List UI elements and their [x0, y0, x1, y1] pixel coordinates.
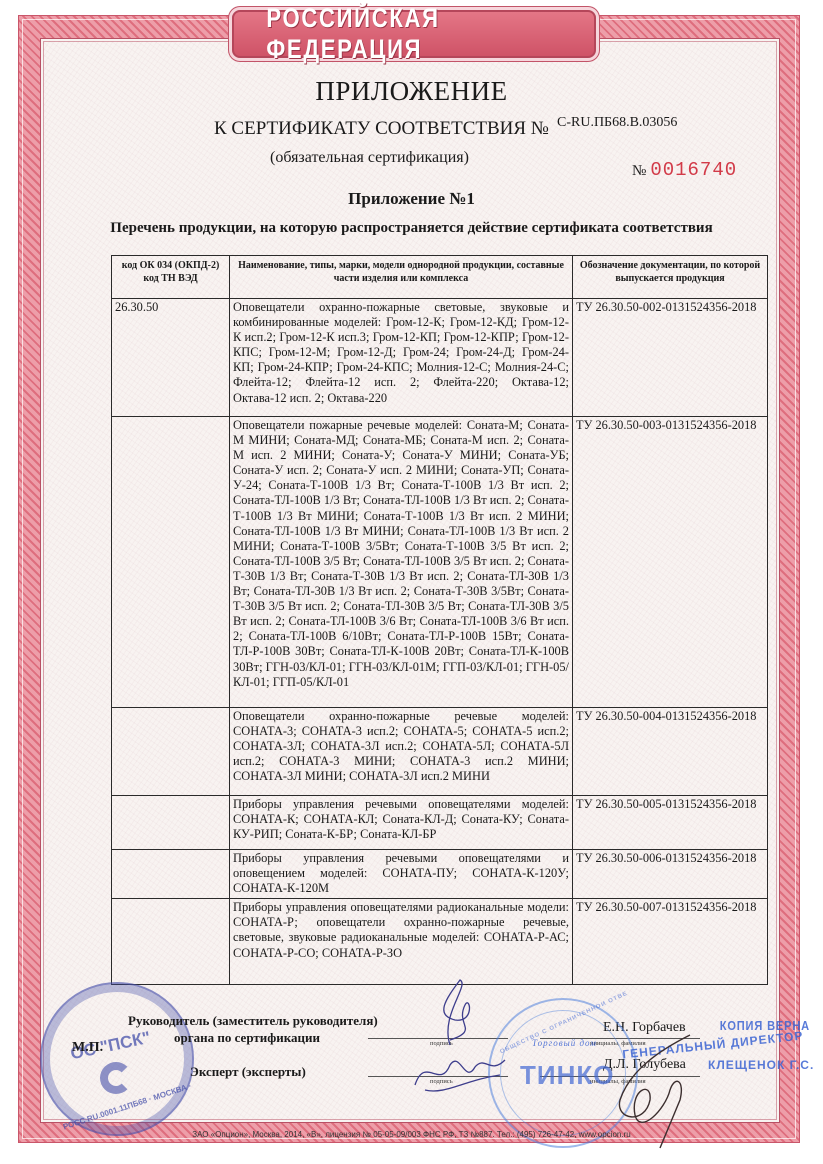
- row-description: Оповещатели пожарные речевые моделей: Со…: [230, 417, 573, 708]
- appendix-subtitle: Перечень продукции, на которую распростр…: [0, 220, 823, 237]
- row-doc: ТУ 26.30.50-004-0131524356-2018: [573, 708, 768, 796]
- row-description: Оповещатели охранно-пожарные световые, з…: [230, 299, 573, 417]
- certificate-number: C-RU.ПБ68.В.03056: [557, 115, 677, 131]
- expert-signature-scribble: [405, 1045, 515, 1105]
- row-doc: ТУ 26.30.50-003-0131524356-2018: [573, 417, 768, 708]
- head-signatory-label-2: органа по сертификации: [174, 1030, 320, 1046]
- country-banner: РОССИЙСКАЯ ФЕДЕРАЦИЯ: [232, 10, 596, 58]
- document-title: ПРИЛОЖЕНИЕ: [0, 76, 823, 107]
- header-name: Наименование, типы, марки, модели одноро…: [230, 256, 573, 299]
- row-code: [112, 417, 230, 708]
- certification-body-stamp: ОС "ПСК" РОСС RU.0001.11ПБ68 · МОСКВА ·: [40, 982, 194, 1136]
- row-code: [112, 796, 230, 850]
- table-row: Оповещатели охранно-пожарные речевые мод…: [112, 708, 768, 796]
- copy-stamp-line-3: КЛЕЩЕНОК Г.С.: [708, 1058, 814, 1072]
- company-stamp-sub: Торговый дом: [532, 1038, 597, 1048]
- table-row: Приборы управления речевыми оповещателям…: [112, 796, 768, 850]
- row-doc: ТУ 26.30.50-006-0131524356-2018: [573, 850, 768, 899]
- row-code: [112, 708, 230, 796]
- row-code: 26.30.50: [112, 299, 230, 417]
- expert-label: Эксперт (эксперты): [190, 1064, 306, 1080]
- row-description: Приборы управления речевыми оповещателям…: [230, 796, 573, 850]
- printer-imprint: ЗАО «Опцион», Москва, 2014, «В», лицензи…: [0, 1130, 823, 1139]
- head-signature-scribble: [420, 975, 490, 1050]
- stamp-logo-icon: [100, 1062, 132, 1094]
- row-doc: ТУ 26.30.50-005-0131524356-2018: [573, 796, 768, 850]
- row-doc: ТУ 26.30.50-007-0131524356-2018: [573, 899, 768, 985]
- row-code: [112, 899, 230, 985]
- stamp-placeholder-label: М.П.: [72, 1040, 103, 1056]
- table-row: Оповещатели пожарные речевые моделей: Со…: [112, 417, 768, 708]
- header-code: код ОК 034 (ОКПД-2) код ТН ВЭД: [112, 256, 230, 299]
- row-description: Приборы управления речевыми оповещателям…: [230, 850, 573, 899]
- table-header-row: код ОК 034 (ОКПД-2) код ТН ВЭД Наименова…: [112, 256, 768, 299]
- product-table: код ОК 034 (ОКПД-2) код ТН ВЭД Наименова…: [111, 255, 768, 985]
- row-code: [112, 850, 230, 899]
- certification-type: (обязательная сертификация): [270, 149, 469, 167]
- header-doc: Обозначение документации, по которой вып…: [573, 256, 768, 299]
- row-description: Оповещатели охранно-пожарные речевые мод…: [230, 708, 573, 796]
- table-row: Приборы управления речевыми оповещателям…: [112, 850, 768, 899]
- serial-number: 0016740: [650, 159, 737, 181]
- head-signatory-label-1: Руководитель (заместитель руководителя): [128, 1013, 378, 1029]
- serial-number-block: №0016740: [632, 159, 737, 181]
- row-doc: ТУ 26.30.50-002-0131524356-2018: [573, 299, 768, 417]
- row-description: Приборы управления оповещателями радиока…: [230, 899, 573, 985]
- table-row: 26.30.50 Оповещатели охранно-пожарные св…: [112, 299, 768, 417]
- table-row: Приборы управления оповещателями радиока…: [112, 899, 768, 985]
- document-subtitle: К СЕРТИФИКАТУ СООТВЕТСТВИЯ №: [214, 118, 549, 140]
- appendix-title: Приложение №1: [0, 189, 823, 209]
- banner-text: РОССИЙСКАЯ ФЕДЕРАЦИЯ: [266, 3, 561, 65]
- serial-prefix: №: [632, 163, 646, 179]
